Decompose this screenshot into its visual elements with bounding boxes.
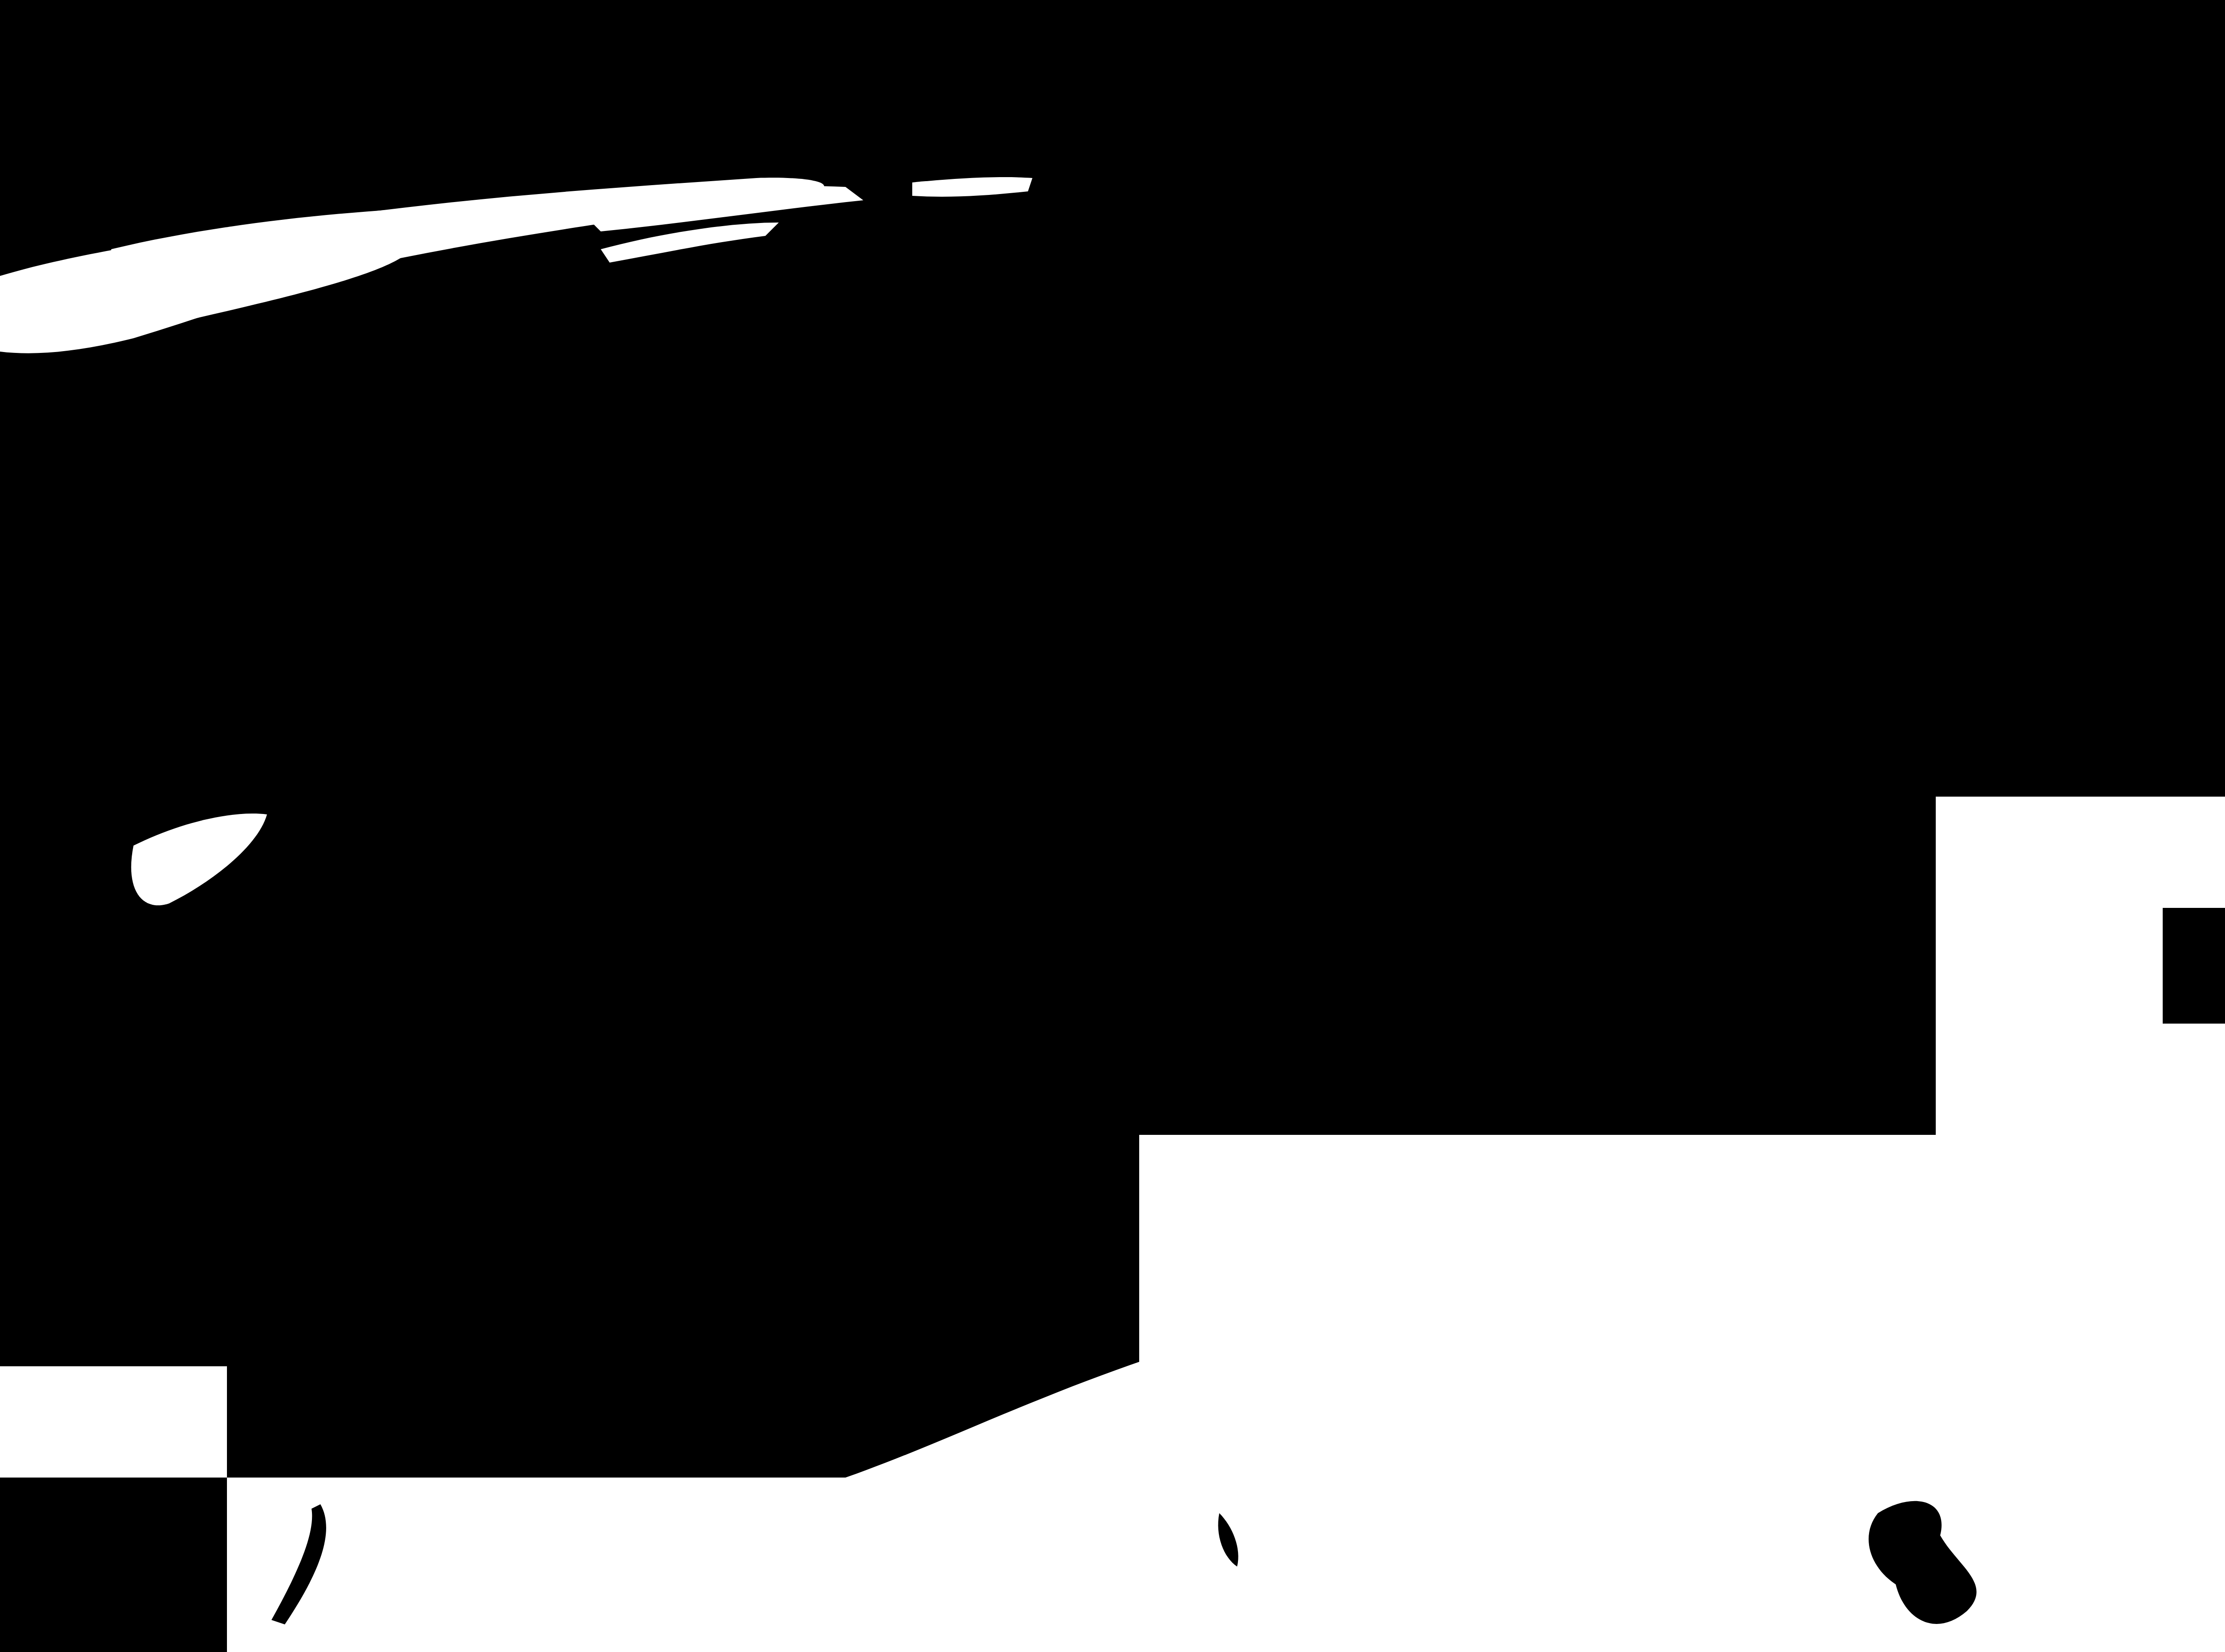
thresholded-image [0,0,2225,1652]
